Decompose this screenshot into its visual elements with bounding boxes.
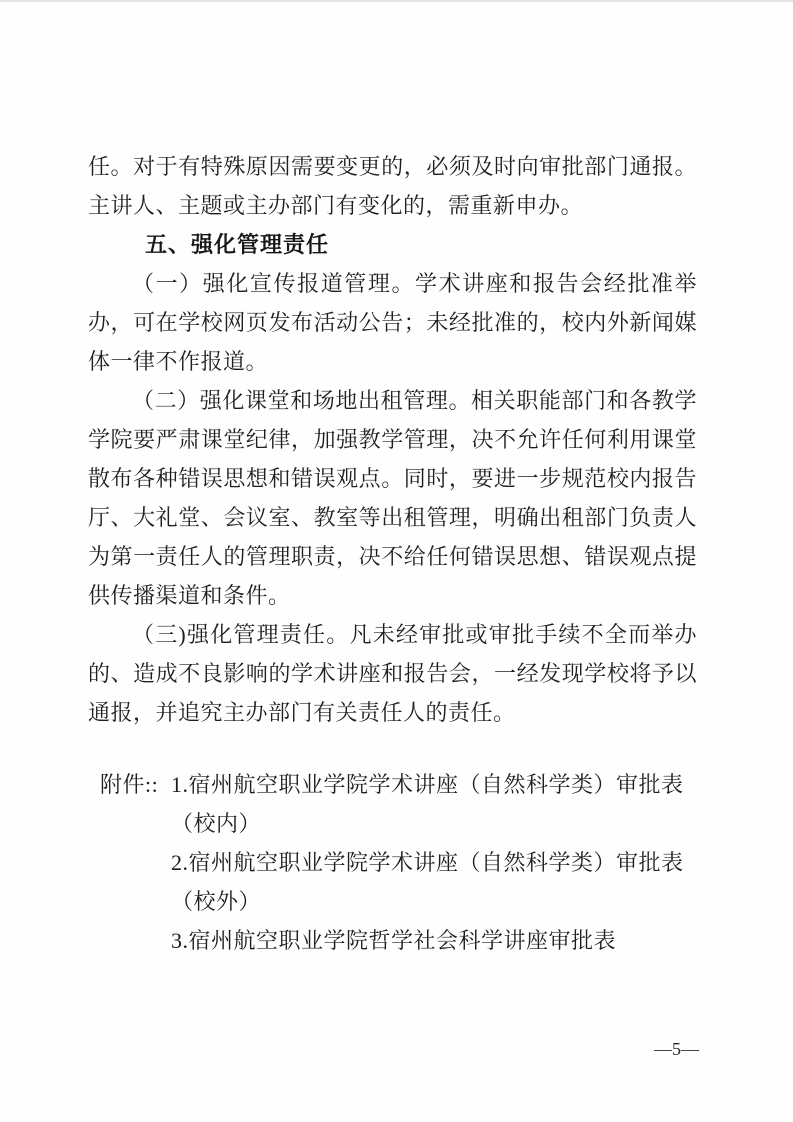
attachment-item-3: 3.宿州航空职业学院哲学社会科学讲座审批表 bbox=[171, 921, 697, 960]
attachment-item-1: 1.宿州航空职业学院学术讲座（自然科学类）审批表 （校内） bbox=[171, 765, 697, 843]
paragraph-item-3: （三)强化管理责任。凡未经审批或审批手续不全而举办的、造成不良影响的学术讲座和报… bbox=[88, 615, 697, 732]
attachment-item-1-line-1: 1.宿州航空职业学院学术讲座（自然科学类）审批表 bbox=[171, 765, 697, 804]
attachments-block: 附件:: 1.宿州航空职业学院学术讲座（自然科学类）审批表 （校内） 2.宿州航… bbox=[88, 765, 697, 960]
attachment-item-1-line-2: （校内） bbox=[171, 804, 697, 843]
attachments-list: 1.宿州航空职业学院学术讲座（自然科学类）审批表 （校内） 2.宿州航空职业学院… bbox=[88, 765, 697, 960]
section-heading: 五、强化管理责任 bbox=[88, 225, 697, 264]
attachment-item-2-line-1: 2.宿州航空职业学院学术讲座（自然科学类）审批表 bbox=[171, 843, 697, 882]
paragraph-item-1: （一）强化宣传报道管理。学术讲座和报告会经批准举办，可在学校网页发布活动公告；未… bbox=[88, 264, 697, 381]
paragraph-continuation: 任。对于有特殊原因需要变更的，必须及时向审批部门通报。主讲人、主题或主办部门有变… bbox=[88, 147, 697, 225]
attachment-item-3-line-1: 3.宿州航空职业学院哲学社会科学讲座审批表 bbox=[171, 921, 697, 960]
paragraph-item-2: （二）强化课堂和场地出租管理。相关职能部门和各教学学院要严肃课堂纪律，加强教学管… bbox=[88, 381, 697, 615]
document-page: 任。对于有特殊原因需要变更的，必须及时向审批部门通报。主讲人、主题或主办部门有变… bbox=[0, 0, 793, 1122]
page-number: —5— bbox=[654, 1039, 699, 1059]
attachments-label: 附件:: bbox=[100, 765, 158, 804]
attachment-item-2-line-2: （校外） bbox=[171, 882, 697, 921]
attachment-item-2: 2.宿州航空职业学院学术讲座（自然科学类）审批表 （校外） bbox=[171, 843, 697, 921]
